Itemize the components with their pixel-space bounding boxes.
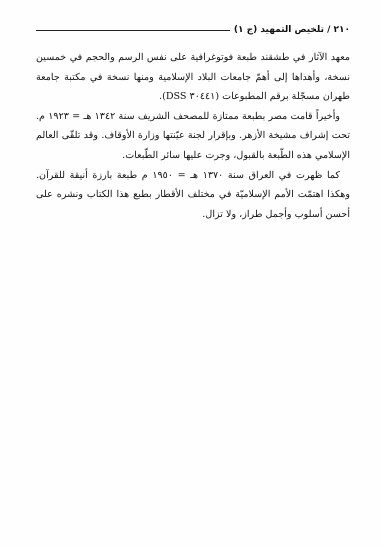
header-rule (36, 30, 230, 31)
paragraph-1: معهد الآثار في طشقند طبعة فوتوغرافية على… (36, 48, 350, 107)
page-body: معهد الآثار في طشقند طبعة فوتوغرافية على… (36, 48, 350, 224)
running-header: ٢١٠ / تلخيص التمهيد (ج ١) (36, 22, 350, 38)
paragraph-2: وأخيراً قامت مصر بطبعة ممتازة للمصحف الش… (36, 107, 350, 166)
paragraph-3: كما ظهرت في العراق سنة ١٣٧٠ هـ = ١٩٥٠ م … (36, 166, 350, 225)
running-header-text: ٢١٠ / تلخيص التمهيد (ج ١) (230, 22, 350, 38)
